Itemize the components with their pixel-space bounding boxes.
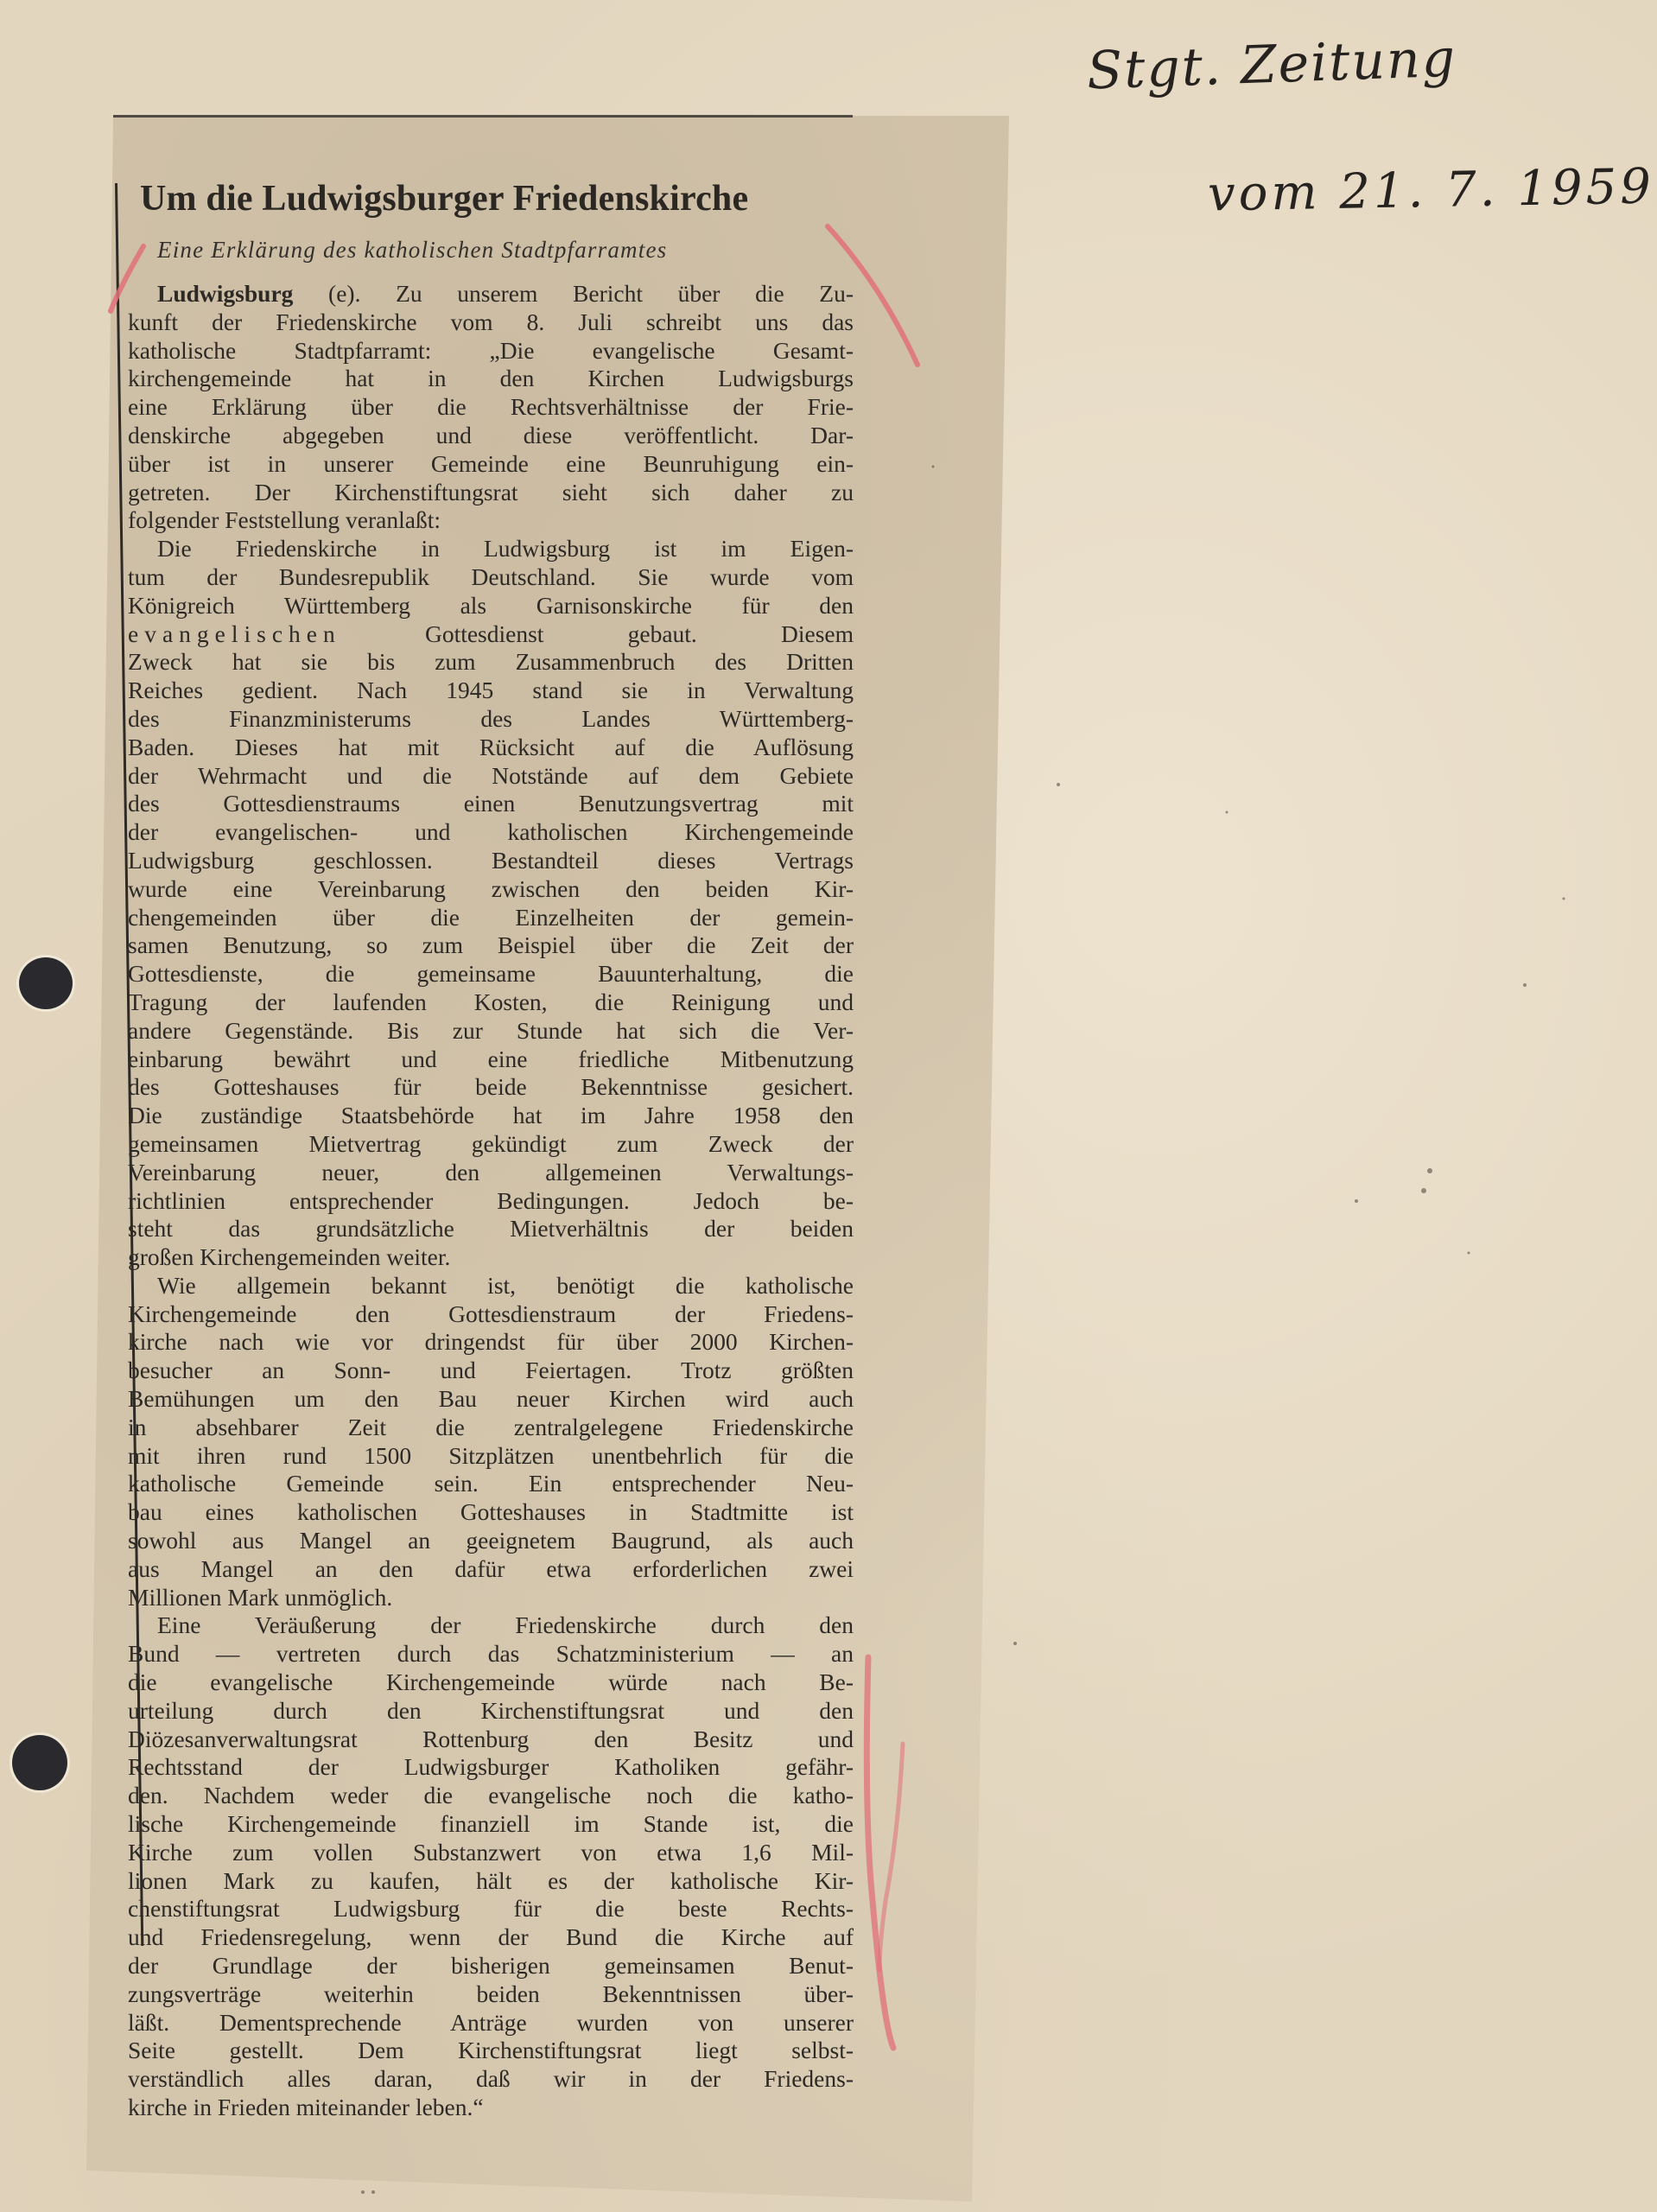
article-line: in absehbarer Zeit die zentralgelegene F… [128,1414,854,1442]
article-line: verständlich alles daran, daß wir in der… [128,2065,854,2094]
article-line: richtlinien entsprechender Bedingungen. … [128,1187,854,1216]
article-line: samen Benutzung, so zum Beispiel über di… [128,931,854,960]
article-line: evangelischen Gottesdienst gebaut. Diese… [128,620,854,649]
article-line: Wie allgemein bekannt ist, benötigt die … [128,1272,854,1300]
article-line: Reiches gedient. Nach 1945 stand sie in … [128,677,854,705]
article-line: Baden. Dieses hat mit Rücksicht auf die … [128,734,854,762]
article-line: der Wehrmacht und die Notstände auf dem … [128,762,854,791]
article-line: kirche in Frieden miteinander leben.“ [128,2094,854,2122]
column-top-rule [113,115,853,118]
article-line: Die Friedenskirche in Ludwigsburg ist im… [128,535,854,563]
article-line: lionen Mark zu kaufen, hält es der katho… [128,1867,854,1896]
article-line: eine Erklärung über die Rechtsverhältnis… [128,393,854,422]
article-line: über ist in unserer Gemeinde eine Beunru… [128,450,854,479]
article-line: urteilung durch den Kirchenstiftungsrat … [128,1697,854,1726]
article-line: Diözesanverwaltungsrat Rottenburg den Be… [128,1726,854,1754]
article-line: chengemeinden über die Einzelheiten der … [128,904,854,932]
article-line: den. Nachdem weder die evangelische noch… [128,1782,854,1810]
article-line: Gottesdienste, die gemeinsame Bauunterha… [128,960,854,988]
article-line: und Friedensregelung, wenn der Bund die … [128,1923,854,1952]
article-line: bau eines katholischen Gotteshauses in S… [128,1498,854,1527]
article-line: aus Mangel an den dafür etwa erforderlic… [128,1555,854,1584]
article-line: tum der Bundesrepublik Deutschland. Sie … [128,563,854,592]
article-line: getreten. Der Kirchenstiftungsrat sieht … [128,479,854,507]
article-line: kunft der Friedenskirche vom 8. Juli sch… [128,308,854,337]
handwritten-source-note: Stgt. Zeitung [1086,29,1457,102]
article-line: andere Gegenstände. Bis zur Stunde hat s… [128,1017,854,1046]
article-line: der Grundlage der bisherigen gemeinsamen… [128,1952,854,1980]
article-line: steht das grundsätzliche Mietverhältnis … [128,1215,854,1243]
article-line: des Finanzministerums des Landes Württem… [128,705,854,734]
article-line: besucher an Sonn- und Feiertagen. Trotz … [128,1357,854,1385]
article-line: katholische Stadtpfarramt: „Die evangeli… [128,337,854,365]
article-line: Eine Veräußerung der Friedenskirche durc… [128,1611,854,1640]
article-body: Ludwigsburg (e). Zu unserem Bericht über… [128,280,854,2122]
article-line: Tragung der laufenden Kosten, die Reinig… [128,988,854,1017]
article-line: zungsverträge weiterhin beiden Bekenntni… [128,1980,854,2009]
article-line: wurde eine Vereinbarung zwischen den bei… [128,875,854,904]
article-line: Millionen Mark unmöglich. [128,1584,854,1612]
article-subheadline: Eine Erklärung des katholischen Stadtpfa… [157,237,848,264]
article-headline: Um die Ludwigsburger Friedenskirche [140,178,848,219]
article-line: der evangelischen- und katholischen Kirc… [128,818,854,847]
article-line: Ludwigsburg (e). Zu unserem Bericht über… [128,280,854,308]
article-line: Kirchengemeinde den Gottesdienstraum der… [128,1300,854,1329]
article-line: Bund — vertreten durch das Schatzministe… [128,1640,854,1669]
handwritten-date-note: vom 21. 7. 1959 [1207,158,1654,222]
article-line: denskirche abgegeben und diese veröffent… [128,422,854,450]
article-line: Die zuständige Staatsbehörde hat im Jahr… [128,1102,854,1130]
article-line: Königreich Württemberg als Garnisonskirc… [128,592,854,620]
article-line: mit ihren rund 1500 Sitzplätzen unentbeh… [128,1442,854,1471]
article-line: Seite gestellt. Dem Kirchenstiftungsrat … [128,2037,854,2065]
article-line: katholische Gemeinde sein. Ein entsprech… [128,1470,854,1498]
article-line: einbarung bewährt und eine friedliche Mi… [128,1046,854,1074]
punch-hole-upper [19,957,73,1009]
article-line: Bemühungen um den Bau neuer Kirchen wird… [128,1385,854,1414]
article-line: die evangelische Kirchengemeinde würde n… [128,1669,854,1697]
punch-hole-lower [12,1735,67,1790]
article-line: großen Kirchengemeinden weiter. [128,1243,854,1272]
article-line: läßt. Dementsprechende Anträge wurden vo… [128,2009,854,2037]
article-line: Ludwigsburg geschlossen. Bestandteil die… [128,847,854,875]
article-line: des Gotteshauses für beide Bekenntnisse … [128,1073,854,1102]
article-line: gemeinsamen Mietvertrag gekündigt zum Zw… [128,1130,854,1159]
article-line: Zweck hat sie bis zum Zusammenbruch des … [128,648,854,677]
article-dateline: Ludwigsburg [157,280,293,307]
article-line: Vereinbarung neuer, den allgemeinen Verw… [128,1159,854,1187]
article-line: des Gottesdienstraums einen Benutzungsve… [128,790,854,818]
article-line: Kirche zum vollen Substanzwert von etwa … [128,1839,854,1867]
article-line: sowohl aus Mangel an geeignetem Baugrund… [128,1527,854,1555]
article-line: kirchengemeinde hat in den Kirchen Ludwi… [128,365,854,393]
article-line: folgender Feststellung veranlaßt: [128,506,854,535]
article-line: kirche nach wie vor dringendst für über … [128,1328,854,1357]
article-line: Rechtsstand der Ludwigsburger Katholiken… [128,1753,854,1782]
article-line: lische Kirchengemeinde finanziell im Sta… [128,1810,854,1839]
article-line: chenstiftungsrat Ludwigsburg für die bes… [128,1895,854,1923]
